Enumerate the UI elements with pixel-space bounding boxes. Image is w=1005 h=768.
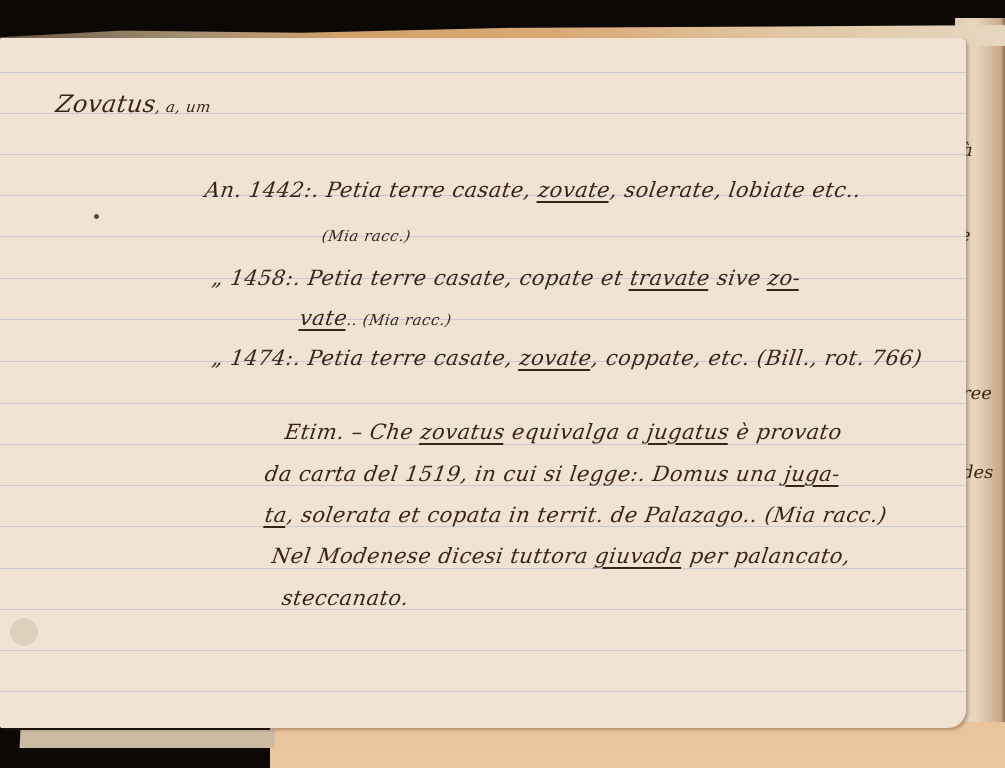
ruled-line <box>0 403 966 404</box>
ink-blot <box>94 214 99 219</box>
entry-source: .. (Mia racc.) <box>346 311 453 329</box>
headword-suffix: , a, um <box>154 98 212 116</box>
underlined-term: juga- <box>783 462 842 486</box>
etymology-line-4: Nel Modenese dicesi tuttora giuvada per … <box>270 544 852 568</box>
entry-sep: :. <box>284 346 302 370</box>
etymology-line-3: ta, solerata et copata in territ. de Pal… <box>263 503 888 527</box>
underlined-term: zovatus <box>419 420 507 444</box>
etym-text: Etim. – Che <box>283 420 422 444</box>
ruled-line <box>0 609 966 610</box>
entry-text: , solerate, lobiate etc.. <box>609 178 863 202</box>
entry-year: An. 1442 <box>203 178 306 202</box>
underlined-term: zovate <box>518 346 593 370</box>
margin-fragment: ree <box>962 383 992 404</box>
underlined-term: vate <box>298 306 349 330</box>
entry-text: , coppate, etc. (Bill., rot. 766) <box>590 346 924 370</box>
ruled-line <box>0 154 966 155</box>
entry-text: Petia terre casate, <box>306 346 521 370</box>
etym-text: steccanato. <box>280 586 410 610</box>
headword-text: Zovatus <box>54 90 158 118</box>
entry-sep: :. <box>284 266 302 290</box>
headword: Zovatus, a, um <box>54 90 213 118</box>
ruled-line <box>0 72 966 73</box>
entry-1474: „ 1474:. Petia terre casate, zovate, cop… <box>210 346 924 370</box>
notebook-page: Zovatus, a, um An. 1442:. Petia terre ca… <box>0 38 966 728</box>
entry-text: Petia terre casate, <box>325 178 540 202</box>
entry-year: „ 1474 <box>210 346 287 370</box>
ruled-line <box>0 568 966 569</box>
underlying-page-bottom <box>270 722 1005 768</box>
entry-sep: :. <box>303 178 321 202</box>
margin-fragment: des <box>962 462 993 483</box>
underlined-term: travate <box>629 266 712 290</box>
entry-1442: An. 1442:. Petia terre casate, zovate, s… <box>203 178 862 202</box>
ruled-line <box>0 444 966 445</box>
etym-text: è provato <box>728 420 844 444</box>
etymology-line-1: Etim. – Che zovatus equivalga a jugatus … <box>283 420 843 444</box>
entry-text: sive <box>708 266 770 290</box>
etym-text: Nel Modenese dicesi tuttora <box>270 544 597 568</box>
paper-stain <box>10 618 38 646</box>
entry-text: Petia terre casate, copate et <box>306 266 632 290</box>
underlined-term: giuvada <box>594 544 685 568</box>
etym-text: da carta del 1519, in cui si legge:. Dom… <box>263 462 786 486</box>
underlined-term: jugatus <box>646 420 732 444</box>
etymology-line-5: steccanato. <box>280 586 410 610</box>
underlying-page-bottom-left <box>20 730 276 748</box>
entry-1442-source: (Mia racc.) <box>321 227 412 245</box>
etymology-line-2: da carta del 1519, in cui si legge:. Dom… <box>263 462 841 486</box>
underlined-term: zo- <box>766 266 802 290</box>
entry-year: „ 1458 <box>210 266 287 290</box>
entry-1458: „ 1458:. Petia terre casate, copate et t… <box>210 266 802 290</box>
underlined-term: zovate <box>537 178 612 202</box>
ruled-line <box>0 319 966 320</box>
etym-text: per palancato, <box>681 544 852 568</box>
etym-text: equivalga a <box>503 420 649 444</box>
etym-text: , solerata et copata in territ. de Palaz… <box>285 503 888 527</box>
ruled-line <box>0 236 966 237</box>
ruled-line <box>0 650 966 651</box>
entry-1458-continuation: vate.. (Mia racc.) <box>298 306 453 330</box>
ruled-line <box>0 691 966 692</box>
